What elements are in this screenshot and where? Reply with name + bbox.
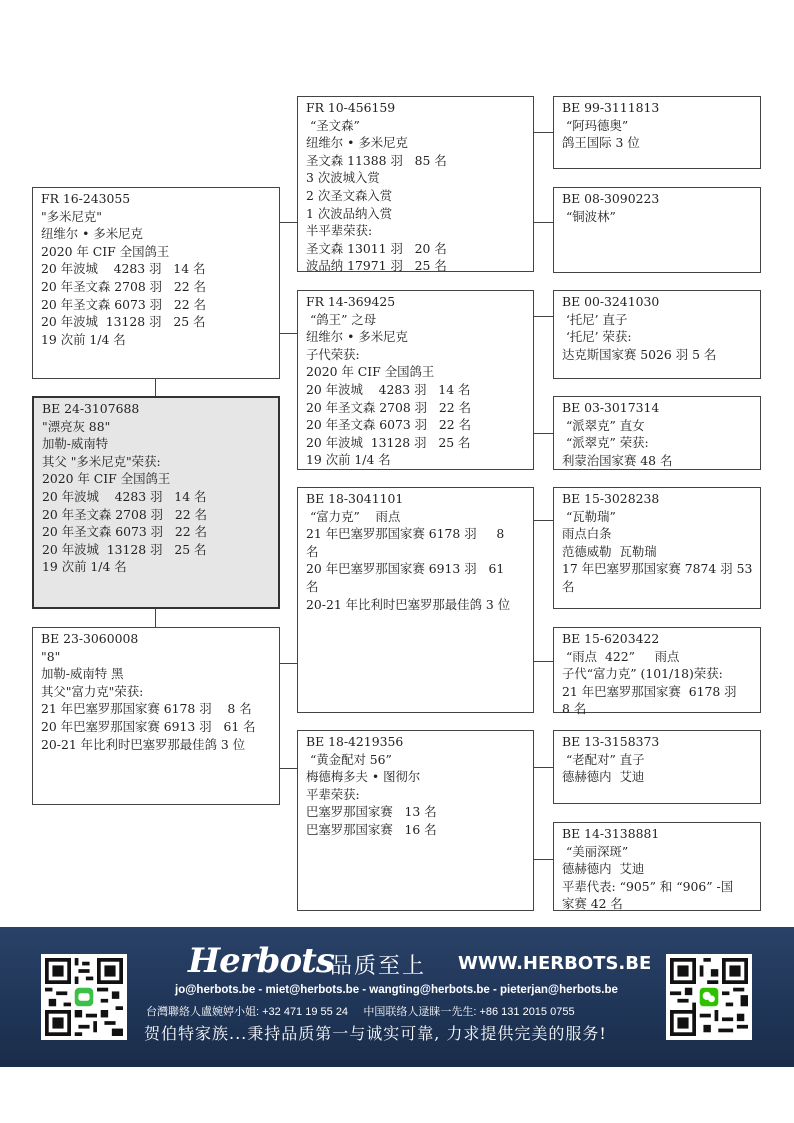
- info-line: 20 年圣文森 2708 羽 22 名: [41, 278, 279, 296]
- ring-number: BE 99-3111813: [562, 99, 760, 117]
- ring-number: BE 13-3158373: [562, 733, 760, 751]
- info-line: "多米尼克": [41, 208, 279, 226]
- contact-emails[interactable]: jo@herbots.be - miet@herbots.be - wangti…: [175, 984, 618, 996]
- pedigree-box-dam-dam: BE 18-4219356 “黄金配对 56” 梅德梅多夫 • 图彻尔 平辈荣获…: [297, 730, 534, 911]
- info-line: 2020 年 CIF 全国鸽王: [306, 363, 533, 381]
- info-line: 1 次波品纳入赏: [306, 205, 533, 223]
- pedigree-box-ggp-8: BE 14-3138881 “美丽深斑” 德赫德内 艾迪 平辈代表: “905”…: [553, 822, 761, 911]
- connector-sire-to-sd: [279, 333, 298, 334]
- connector-subject-dam: [155, 608, 156, 628]
- info-line: 20 年波城 13128 羽 25 名: [41, 313, 279, 331]
- info-line: “老配对” 直子: [562, 751, 760, 769]
- info-line: 子代荣获:: [306, 346, 533, 364]
- pedigree-box-sire-dam: FR 14-369425 “鸽王” 之母 纽维尔 • 多米尼克 子代荣获: 20…: [297, 290, 534, 470]
- pedigree-box-dam: BE 23-3060008 "8" 加勒-威南特 黑 其父"富力克"荣获: 21…: [32, 627, 280, 805]
- contact-phones: 台灣聯絡人盧婉婷小姐: +32 471 19 55 24 中国联络人逯睐一先生:…: [146, 1003, 575, 1019]
- info-line: 德赫德内 艾迪: [562, 768, 760, 786]
- info-line: 梅德梅多夫 • 图彻尔: [306, 768, 533, 786]
- connector-dam-to-ds: [279, 663, 298, 664]
- pedigree-box-sire-sire: FR 10-456159 “圣文森” 纽维尔 • 多米尼克 圣文森 11388 …: [297, 96, 534, 272]
- info-line: 纽维尔 • 多米尼克: [306, 328, 533, 346]
- connector-sd-to-ggp4: [533, 433, 553, 434]
- info-line: 德赫德内 艾迪: [562, 860, 760, 878]
- info-line: 半平辈荣获:: [306, 222, 533, 240]
- ring-number: BE 18-4219356: [306, 733, 533, 751]
- wechat-qr-code: [666, 954, 752, 1040]
- pedigree-box-dam-sire: BE 18-3041101 “富力克” 雨点 21 年巴塞罗那国家赛 6178 …: [297, 487, 534, 713]
- info-line: ‘托尼’ 荣获:: [562, 328, 760, 346]
- info-line: 20-21 年比利时巴塞罗那最佳鸽 3 位: [306, 596, 533, 614]
- info-line: 19 次前 1/4 名: [42, 558, 278, 576]
- info-line: 2020 年 CIF 全国鸽王: [42, 470, 278, 488]
- info-line: 20 年圣文森 6073 羽 22 名: [42, 523, 278, 541]
- connector-dd-to-ggp7: [533, 767, 553, 768]
- info-line: 20 年波城 13128 羽 25 名: [306, 434, 533, 452]
- info-line: 20 年圣文森 6073 羽 22 名: [41, 296, 279, 314]
- info-line: 19 次前 1/4 名: [306, 451, 533, 469]
- info-line: 2020 年 CIF 全国鸽王: [41, 243, 279, 261]
- info-line: 20 年圣文森 2708 羽 22 名: [306, 399, 533, 417]
- info-line: “富力克” 雨点: [306, 508, 533, 526]
- ring-number: BE 08-3090223: [562, 190, 760, 208]
- info-line: 平辈荣获:: [306, 786, 533, 804]
- connector-dd-to-ggp8: [533, 859, 553, 860]
- info-line: 名: [306, 578, 533, 596]
- pedigree-box-ggp-3: BE 00-3241030 ‘托尼’ 直子 ‘托尼’ 荣获: 达克斯国家赛 50…: [553, 290, 761, 379]
- pedigree-box-ggp-5: BE 15-3028238 “瓦勒瑞” 雨点白条 范德威勒 瓦勒瑞 17 年巴塞…: [553, 487, 761, 609]
- info-line: 20 年波城 4283 羽 14 名: [41, 260, 279, 278]
- connector-sd-to-ggp3: [533, 316, 553, 317]
- info-line: 2 次圣文森入赏: [306, 187, 533, 205]
- info-line: 20 年波城 13128 羽 25 名: [42, 541, 278, 559]
- info-line: 名: [562, 578, 760, 596]
- info-line: 其父 "多米尼克"荣获:: [42, 453, 278, 471]
- connector-ds-to-ggp5: [533, 520, 553, 521]
- info-line: “阿玛德奥”: [562, 117, 760, 135]
- info-line: 21 年巴塞罗那国家赛 6178 羽: [562, 683, 760, 701]
- connector-sire-subject: [155, 378, 156, 397]
- info-line: 平辈代表: “905” 和 “906” -国: [562, 878, 760, 896]
- connector-ss-to-ggp2: [533, 222, 553, 223]
- info-line: 20 年波城 4283 羽 14 名: [306, 381, 533, 399]
- pedigree-box-ggp-4: BE 03-3017314 “派翠克” 直女 “派翠克” 荣获: 利蒙治国家赛 …: [553, 396, 761, 470]
- info-line: 20 年圣文森 2708 羽 22 名: [42, 506, 278, 524]
- info-line: 鸽王国际 3 位: [562, 134, 760, 152]
- ring-number: FR 14-369425: [306, 293, 533, 311]
- pedigree-box-subject: BE 24-3107688 "漂亮灰 88" 加勒-威南特 其父 "多米尼克"荣…: [32, 396, 280, 609]
- info-line: 波品纳 17971 羽 25 名: [306, 257, 533, 275]
- info-line: 巴塞罗那国家赛 13 名: [306, 803, 533, 821]
- info-line: 其父"富力克"荣获:: [41, 683, 279, 701]
- info-line: 3 次波城入赏: [306, 169, 533, 187]
- info-line: 名: [306, 543, 533, 561]
- info-line: 加勒-威南特 黑: [41, 665, 279, 683]
- ring-number: BE 03-3017314: [562, 399, 760, 417]
- info-line: “派翠克” 直女: [562, 417, 760, 435]
- website-link[interactable]: WWW.HERBOTS.BE: [458, 953, 651, 974]
- ring-number: BE 24-3107688: [42, 400, 278, 418]
- info-line: 雨点白条: [562, 525, 760, 543]
- connector-ds-to-ggp6: [533, 661, 553, 662]
- info-line: 8 名: [562, 700, 760, 718]
- info-line: 20-21 年比利时巴塞罗那最佳鸽 3 位: [41, 736, 279, 754]
- info-line: 子代“富力克” (101/18)荣获:: [562, 665, 760, 683]
- connector-sire-to-ss: [279, 222, 298, 223]
- info-line: “鸽王” 之母: [306, 311, 533, 329]
- pedigree-box-ggp-1: BE 99-3111813 “阿玛德奥” 鸽王国际 3 位: [553, 96, 761, 169]
- info-line: 加勒-威南特: [42, 435, 278, 453]
- info-line: 21 年巴塞罗那国家赛 6178 羽 8: [306, 525, 533, 543]
- ring-number: BE 18-3041101: [306, 490, 533, 508]
- info-line: 纽维尔 • 多米尼克: [306, 134, 533, 152]
- ring-number: FR 10-456159: [306, 99, 533, 117]
- info-line: ‘托尼’ 直子: [562, 311, 760, 329]
- connector-dam-to-dd: [279, 768, 298, 769]
- info-line: “铜波林”: [562, 208, 760, 226]
- ring-number: BE 23-3060008: [41, 630, 279, 648]
- info-line: 19 次前 1/4 名: [41, 331, 279, 349]
- ring-number: BE 14-3138881: [562, 825, 760, 843]
- info-line: 20 年巴塞罗那国家赛 6913 羽 61: [306, 560, 533, 578]
- qr-code-icon: [670, 958, 748, 1036]
- pedigree-box-ggp-7: BE 13-3158373 “老配对” 直子 德赫德内 艾迪: [553, 730, 761, 804]
- info-line: 圣文森 11388 羽 85 名: [306, 152, 533, 170]
- info-line: 20 年波城 4283 羽 14 名: [42, 488, 278, 506]
- tagline: 贺伯特家族...秉持品质第一与诚实可靠, 力求提供完美的服务!: [144, 1021, 607, 1044]
- info-line: 家赛 42 名: [562, 895, 760, 913]
- info-line: “黄金配对 56”: [306, 751, 533, 769]
- info-line: 20 年巴塞罗那国家赛 6913 羽 61 名: [41, 718, 279, 736]
- pedigree-box-ggp-2: BE 08-3090223 “铜波林”: [553, 187, 761, 273]
- info-line: “瓦勒瑞”: [562, 508, 760, 526]
- footer-banner: Herbots 品质至上 WWW.HERBOTS.BE jo@herbots.b…: [0, 927, 794, 1067]
- info-line: “圣文森”: [306, 117, 533, 135]
- info-line: 达克斯国家赛 5026 羽 5 名: [562, 346, 760, 364]
- info-line: 17 年巴塞罗那国家赛 7874 羽 53: [562, 560, 760, 578]
- qr-code-icon: [45, 958, 123, 1036]
- connector-ss-to-ggp1: [533, 132, 553, 133]
- ring-number: BE 15-3028238: [562, 490, 760, 508]
- ring-number: FR 16-243055: [41, 190, 279, 208]
- info-line: 范德威勒 瓦勒瑞: [562, 543, 760, 561]
- pedigree-box-sire: FR 16-243055 "多米尼克" 纽维尔 • 多米尼克 2020 年 CI…: [32, 187, 280, 379]
- herbots-logo: Herbots: [188, 941, 334, 981]
- info-line: "漂亮灰 88": [42, 418, 278, 436]
- info-line: 利蒙治国家赛 48 名: [562, 452, 760, 470]
- info-line: "8": [41, 648, 279, 666]
- ring-number: BE 15-6203422: [562, 630, 760, 648]
- info-line: 圣文森 13011 羽 20 名: [306, 240, 533, 258]
- slogan: 品质至上: [330, 949, 426, 980]
- info-line: 21 年巴塞罗那国家赛 6178 羽 8 名: [41, 700, 279, 718]
- line-qr-code: [41, 954, 127, 1040]
- info-line: 巴塞罗那国家赛 16 名: [306, 821, 533, 839]
- info-line: “雨点 422” 雨点: [562, 648, 760, 666]
- info-line: “美丽深斑”: [562, 843, 760, 861]
- info-line: 纽维尔 • 多米尼克: [41, 225, 279, 243]
- info-line: “派翠克” 荣获:: [562, 434, 760, 452]
- info-line: 20 年圣文森 6073 羽 22 名: [306, 416, 533, 434]
- pedigree-box-ggp-6: BE 15-6203422 “雨点 422” 雨点 子代“富力克” (101/1…: [553, 627, 761, 713]
- ring-number: BE 00-3241030: [562, 293, 760, 311]
